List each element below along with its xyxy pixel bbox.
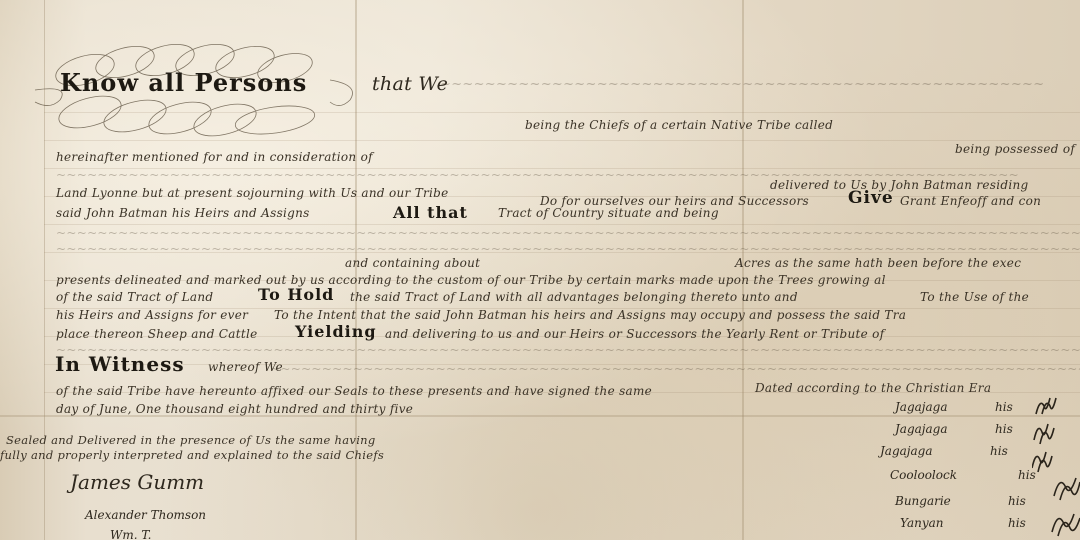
document-heading: Know all Persons bbox=[30, 58, 360, 118]
chief-name: Bungarie bbox=[895, 494, 951, 508]
document-line: hereinafter mentioned for and in conside… bbox=[56, 150, 373, 164]
document-line: said John Batman his Heirs and Assigns bbox=[56, 206, 310, 220]
attestation-line: fully and properly interpreted and expla… bbox=[0, 448, 384, 462]
chief-name: Jagajaga bbox=[895, 422, 948, 436]
chief-mark-icon bbox=[1032, 392, 1080, 540]
chief-name: Yanyan bbox=[900, 516, 944, 530]
document-line: place thereon Sheep and Cattle bbox=[56, 327, 258, 341]
witness-signature: James Gumm bbox=[70, 470, 204, 494]
chief-mark-label: his bbox=[995, 400, 1013, 414]
document-line: and containing about bbox=[345, 256, 480, 270]
document-line: the said Tract of Land with all advantag… bbox=[350, 290, 798, 304]
document-line: Dated according to the Christian Era bbox=[755, 381, 991, 395]
opening-text: that We bbox=[372, 73, 448, 95]
document-line: Land Lyonne but at present sojourning wi… bbox=[56, 186, 449, 200]
chief-mark-label: his bbox=[1008, 494, 1026, 508]
chief-mark-label: his bbox=[995, 422, 1013, 436]
document-line: Grant Enfeoff and con bbox=[900, 194, 1041, 208]
document-line: and delivering to us and our Heirs or Su… bbox=[385, 327, 884, 341]
document-line: being possessed of bbox=[955, 142, 1075, 156]
gothic-word-to-hold: To Hold bbox=[258, 285, 334, 304]
ruled-line bbox=[44, 140, 1080, 141]
heading-text: Know all Persons bbox=[60, 68, 307, 97]
gothic-word-yielding: Yielding bbox=[295, 322, 377, 341]
document-line: being the Chiefs of a certain Native Tri… bbox=[525, 118, 833, 132]
attestation-line: Sealed and Delivered in the presence of … bbox=[6, 433, 376, 447]
gothic-word-all-that: All that bbox=[393, 203, 468, 222]
ruled-line bbox=[44, 224, 1080, 225]
document-line: Tract of Country situate and being bbox=[498, 206, 719, 220]
document-line: Acres as the same hath been before the e… bbox=[735, 256, 1021, 270]
witness-signature: Alexander Thomson bbox=[85, 508, 206, 522]
chief-name: Cooloolock bbox=[890, 468, 957, 482]
chief-mark-label: his bbox=[990, 444, 1008, 458]
witness-signature: Wm. T. bbox=[110, 528, 151, 540]
chief-name: Jagajaga bbox=[895, 400, 948, 414]
chief-name: Jagajaga bbox=[880, 444, 933, 458]
document-line: presents delineated and marked out by us… bbox=[56, 273, 886, 287]
document-line: To the Intent that the said John Batman … bbox=[274, 308, 906, 322]
document-line: of the said Tract of Land bbox=[56, 290, 213, 304]
document-line: his Heirs and Assigns for ever bbox=[56, 308, 248, 322]
document-line: of the said Tribe have hereunto affixed … bbox=[56, 384, 652, 398]
document-line: day of June, One thousand eight hundred … bbox=[56, 402, 413, 416]
gothic-word-give: Give bbox=[848, 188, 894, 208]
chief-mark-label: his bbox=[1008, 516, 1026, 530]
document-line: To the Use of the bbox=[920, 290, 1029, 304]
